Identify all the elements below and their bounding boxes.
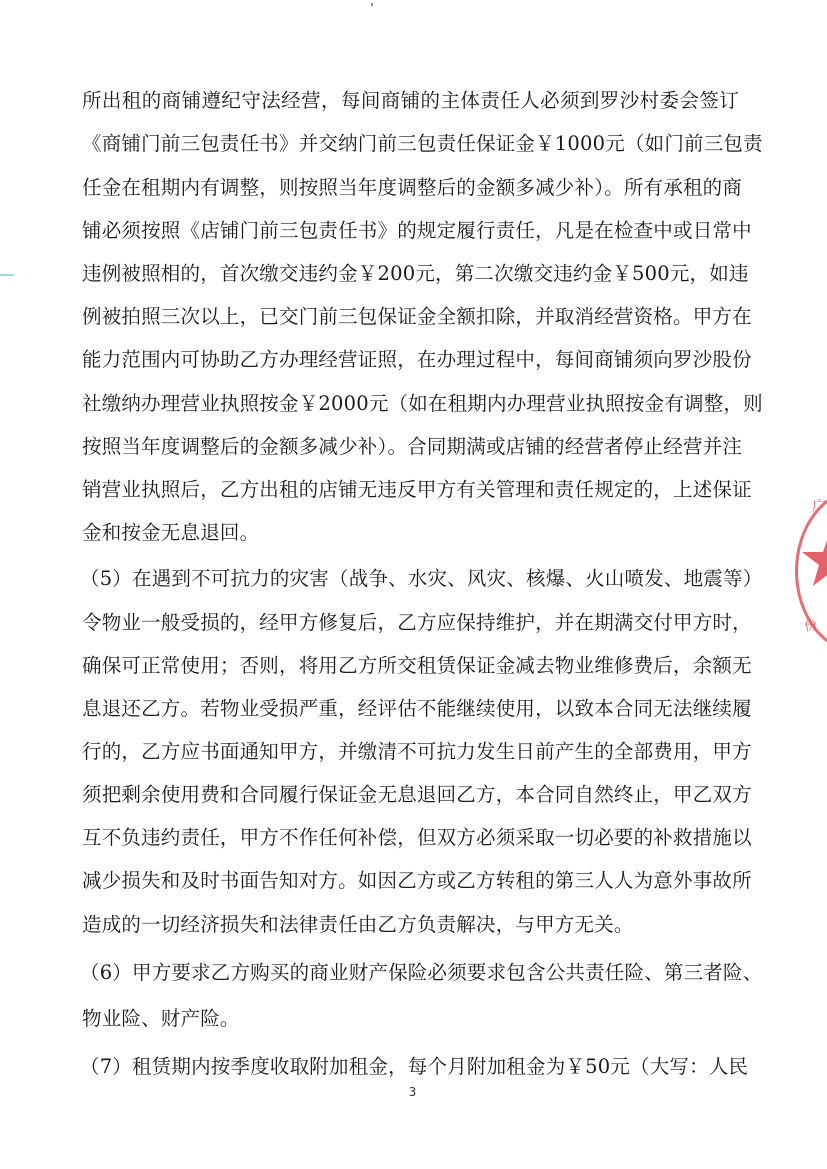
text-line: 违例被照相的，首次缴交违约金￥200元，第二次缴交违约金￥500元，如违 [82,259,739,289]
text-line: 社缴纳办理营业执照按金￥2000元（如在租期内办理营业执照按金有调整，则 [82,389,739,419]
text-line: 物业险、财产险。 [82,1004,739,1034]
text-line: 互不负违约责任，甲方不作任何补偿，但双方必须采取一切必要的补救措施以 [82,823,739,853]
text-line: 按照当年度调整后的金额多减少补）。合同期满或店铺的经营者停止经营并注 [82,432,739,462]
seal-text-bottom: 份 [803,614,819,635]
text-line: 行的，乙方应书面通知甲方，并缴清不可抗力发生日前产生的全部费用，甲方 [82,737,739,767]
text-line: 所出租的商铺遵纪守法经营，每间商铺的主体责任人必须到罗沙村委会签订 [82,86,739,116]
text-line: 须把剩余使用费和合同履行保证金无息退回乙方，本合同自然终止，甲乙双方 [82,780,739,810]
paragraph-start-line: （6）甲方要求乙方购买的商业财产保险必须要求包含公共责任险、第三者险、 [80,958,737,988]
text-line: 造成的一切经济损失和法律责任由乙方负责解决，与甲方无关。 [82,910,739,940]
text-line: 息退还乙方。若物业受损严重，经评估不能继续使用，以致本合同无法继续履 [82,694,739,724]
scan-artifact-mark [0,274,14,276]
text-line: 减少损失和及时书面告知对方。如因乙方或乙方转租的第三人人为意外事故所 [82,866,739,896]
scan-artifact-dot [371,3,373,6]
paragraph-start-line: （5）在遇到不可抗力的灾害（战争、水灾、风灾、核爆、火山喷发、地震等） [80,564,737,594]
text-line: 确保可正常使用；否则，将用乙方所交租赁保证金减去物业维修费后，余额无 [82,651,739,681]
seal-star-icon [800,530,827,590]
text-line: 例被拍照三次以上，已交门前三包保证金全额扣除，并取消经营资格。甲方在 [82,302,739,332]
text-line: 能力范围内可协助乙方办理经营证照，在办理过程中，每间商铺须向罗沙股份 [82,345,739,375]
text-line: 《商铺门前三包责任书》并交纳门前三包责任保证金￥1000元（如门前三包责 [82,129,739,159]
document-page: 所出租的商铺遵纪守法经营，每间商铺的主体责任人必须到罗沙村委会签订《商铺门前三包… [0,0,827,1169]
paragraph-start-line: （7）租赁期内按季度收取附加租金，每个月附加租金为￥50元（大写：人民 [80,1052,737,1082]
text-line: 金和按金无息退回。 [82,518,739,548]
text-line: 销营业执照后，乙方出租的店铺无违反甲方有关管理和责任规定的，上述保证 [82,475,739,505]
page-number: 3 [409,1085,416,1099]
text-line: 令物业一般受损的，经甲方修复后，乙方应保持维护，并在期满交付甲方时， [82,608,739,638]
text-line: 任金在租期内有调整，则按照当年度调整后的金额多减少补）。所有承租的商 [82,173,739,203]
text-line: 铺必须按照《店铺门前三包责任书》的规定履行责任，凡是在检查中或日常中 [82,216,739,246]
seal-text-top: 广 [812,496,826,516]
